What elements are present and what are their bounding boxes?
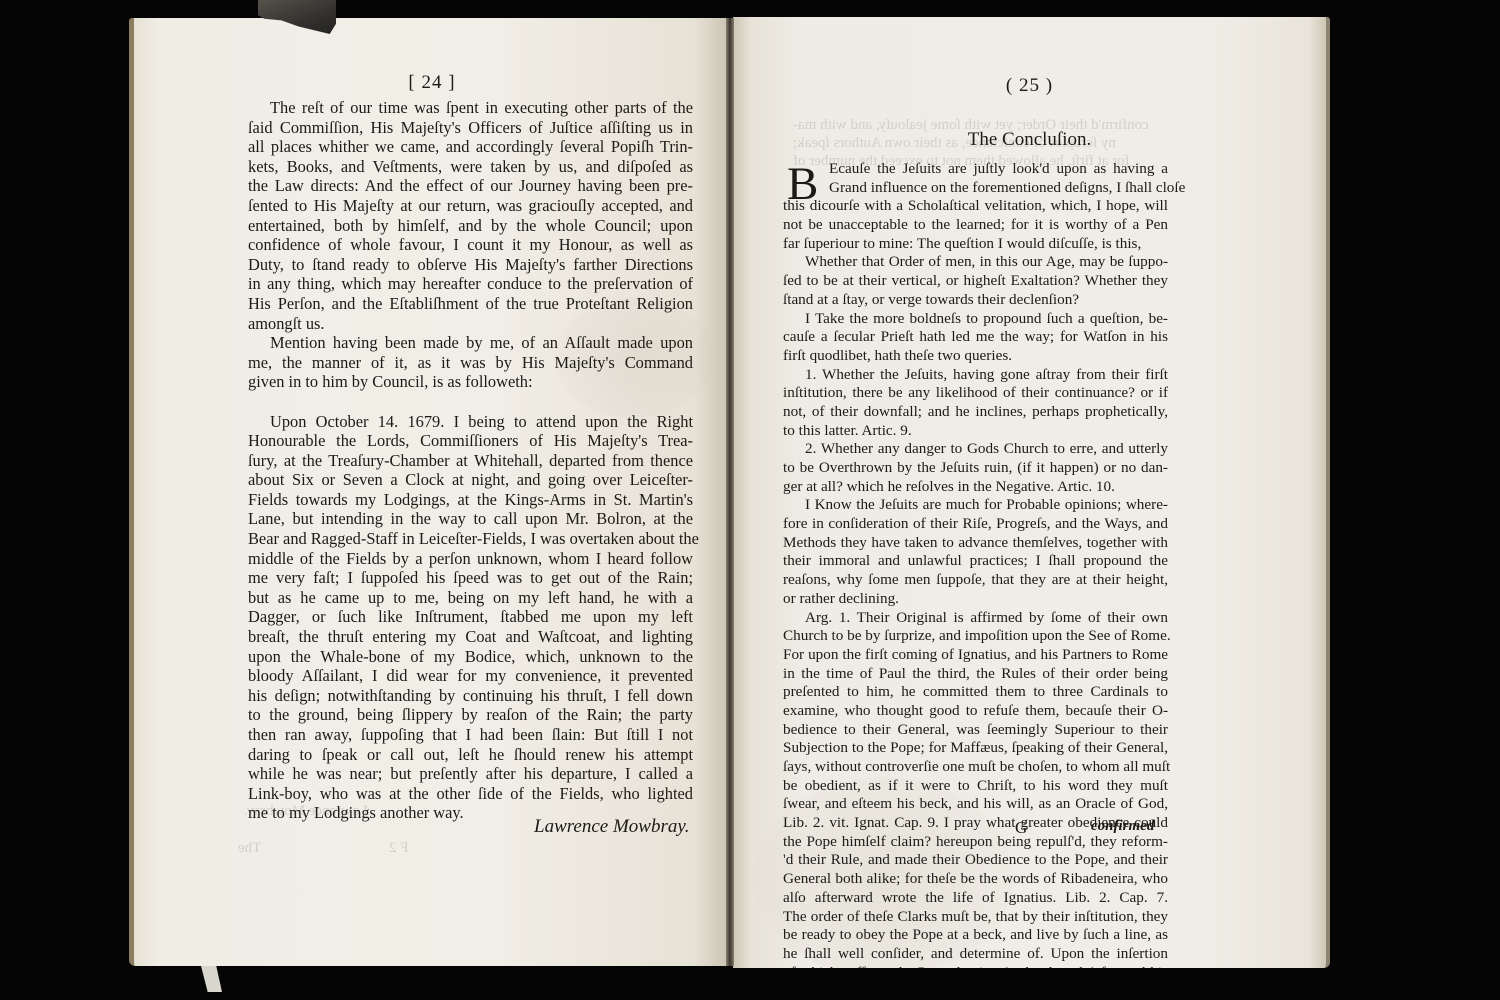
author-signature: Lawrence Mowbray. <box>534 816 690 838</box>
left-page-number: [ 24 ] <box>134 72 730 94</box>
book-gutter <box>726 18 734 966</box>
text-line: For upon the firſt coming of Ignatius, a… <box>783 646 1168 665</box>
text-line: Arg. 1. Their Original is affirmed by ſo… <box>783 609 1168 628</box>
text-line: ſays, without controverſie one muſt be c… <box>783 758 1168 777</box>
text-line: me, the manner of it, as it was by His M… <box>248 353 693 373</box>
text-line: breaſt, the thruſt entering my Coat and … <box>248 627 693 647</box>
text-line: the Law directs: And the effect of our J… <box>248 176 693 196</box>
text-line: The order of theſe Clarks muſt be, that … <box>783 908 1168 927</box>
text-line: in any thing, which may hereafter conduc… <box>248 274 693 294</box>
text-line: ſury, at the Treaſury-Chamber at Whiteha… <box>248 451 693 471</box>
text-line: to this latter. Artic. 9. <box>783 422 1168 441</box>
text-line: be ready to obey the Pope at a beck, and… <box>783 926 1168 945</box>
text-line: of which paſſage, the Pope, having (as h… <box>783 964 1168 968</box>
text-line: the Pope himſelf claim? hereupon being r… <box>783 833 1168 852</box>
text-line: ſed to be at their vertical, or higheſt … <box>783 272 1168 291</box>
text-line: Church to be by ſurprize, and impoſition… <box>783 627 1168 646</box>
text-line: Grand influence on the forementioned deſ… <box>783 179 1168 198</box>
right-page-body: Ecauſe the Jeſuits are juſtly look'd upo… <box>783 160 1168 968</box>
text-line: entertained, both by himſelf, and by the… <box>248 216 693 236</box>
text-line: not be unacceptable to the learned; for … <box>783 216 1168 235</box>
text-line: bloody Aſſailant, I did wear for my conv… <box>248 666 693 686</box>
text-line: Dagger, or ſuch like Inſtrument, ſtabbed… <box>248 607 693 627</box>
text-line: 2. Whether any danger to Gods Church to … <box>783 440 1168 459</box>
text-line: ger at all? which he reſolves in the Neg… <box>783 478 1168 497</box>
text-line: upon the Whale-bone of my Bodice, which,… <box>248 647 693 667</box>
text-line: he ſhall well conſider, and determine of… <box>783 945 1168 964</box>
text-line: or rather declining. <box>783 590 1168 609</box>
text-line: ſaid Commiſſion, His Majeſty's Officers … <box>248 118 693 138</box>
text-line: preſented to him, he committed them to t… <box>783 683 1168 702</box>
text-line: Methods they have taken to advance themſ… <box>783 534 1168 553</box>
signature-mark: G <box>1015 818 1027 838</box>
text-line: ſented to His Majeſty at our return, was… <box>248 196 693 216</box>
text-line: General both alike; for theſe be the wor… <box>783 870 1168 889</box>
text-line: while he was near; but preſently after h… <box>248 764 693 784</box>
text-line: Honourable the Lords, Commiſſioners of H… <box>248 431 693 451</box>
text-line: bedience to their General, was ſeemingly… <box>783 721 1168 740</box>
text-line: Duty, to ſtand ready to obſerve His Maje… <box>248 255 693 275</box>
text-line: Whether that Order of men, in this our A… <box>783 253 1168 272</box>
text-line: kets, Books, and Veſtments, were taken b… <box>248 157 693 177</box>
text-line: confidence of whole favour, I count it m… <box>248 235 693 255</box>
text-line: this dicourſe with a Scholaſtical velita… <box>783 197 1168 216</box>
text-line: cauſe a ſecular Prieſt hath led me the w… <box>783 328 1168 347</box>
bleed-through-text: F 2 <box>389 840 409 857</box>
text-line: 1. Whether the Jeſuits, having gone aſtr… <box>783 366 1168 385</box>
text-line: ſwear, and eſteem his beck, and his will… <box>783 795 1168 814</box>
text-line: reaſons, why ſome men ſuppoſe, that they… <box>783 571 1168 590</box>
left-page-body: The reſt of our time was ſpent in execut… <box>248 98 693 823</box>
text-line: their immoral and unlawful practices; I … <box>783 552 1168 571</box>
text-line: ſtand at a ſtay, or verge towards their … <box>783 291 1168 310</box>
text-line: then ran away, ſuppoſing that I had been… <box>248 725 693 745</box>
text-line: to the ground, being ſlippery by reaſon … <box>248 705 693 725</box>
text-line: be obedient, as if it were to Chriſt, to… <box>783 777 1168 796</box>
text-line: me very faſt; I ſuppoſed his ſpeed was t… <box>248 568 693 588</box>
text-line: inſtitution, there be any likelihood of … <box>783 384 1168 403</box>
bleed-through-text: The <box>238 840 261 857</box>
text-line: daring to ſpeak or call out, leſt he ſho… <box>248 745 693 765</box>
text-line: Upon October 14. 1679. I being to attend… <box>248 412 693 432</box>
text-line: His Perſon, and the Eſtabliſhment of the… <box>248 294 693 314</box>
text-line: his deſign; notwithſtanding by continuin… <box>248 686 693 706</box>
text-line: I Take the more boldneſs to propound ſuc… <box>783 310 1168 329</box>
text-line: given in to him by Council, is as follow… <box>248 372 693 392</box>
catchword: confirmed <box>1091 818 1154 835</box>
text-line: to be Overthrown by the Jeſuits ruin, (i… <box>783 459 1168 478</box>
text-line: far ſuperiour to mine: The queſtion I wo… <box>783 235 1168 254</box>
text-line: all places whither we came, and accordin… <box>248 137 693 157</box>
text-line: I Know the Jeſuits are much for Probable… <box>783 496 1168 515</box>
text-line: 'd their Rule, and made their Obedience … <box>783 851 1168 870</box>
text-line: about Six or Seven a Clock at night, and… <box>248 470 693 490</box>
text-line: Lane, but intending in the way to call u… <box>248 509 693 529</box>
text-line: fore in conſideration of their Riſe, Pro… <box>783 515 1168 534</box>
right-page: ( 25 ) confirm'd their Order; yet with ſ… <box>733 17 1330 968</box>
text-line: Fields towards my Lodgings, at the Kings… <box>248 490 693 510</box>
text-line: but as he came up to me, being on my lef… <box>248 588 693 608</box>
text-line: alſo afterward wrote the life of Ignatiu… <box>783 889 1168 908</box>
text-line: in the time of Paul the third, the Rules… <box>783 665 1168 684</box>
right-page-number: ( 25 ) <box>733 75 1326 97</box>
text-line: amongſt us. <box>248 314 693 334</box>
text-line: Subjection to the Pope; for Maffæus, ſpe… <box>783 739 1168 758</box>
text-line: Link-boy, who was at the other ſide of t… <box>248 784 693 804</box>
text-line: Bear and Ragged-Staff in Leiceſter-Field… <box>248 529 693 549</box>
left-page: [ 24 ] The reſt of our time was ſpent in… <box>129 18 730 966</box>
text-line: Ecauſe the Jeſuits are juſtly look'd upo… <box>783 160 1168 179</box>
text-line: firſt quodlibet, hath theſe two queries. <box>783 347 1168 366</box>
bookmark-ribbon <box>200 962 222 992</box>
text-line <box>248 392 693 412</box>
text-line: not, of their downfall; and he inclines,… <box>783 403 1168 422</box>
text-line: middle of the Fields by a perſon unknown… <box>248 549 693 569</box>
text-line: The reſt of our time was ſpent in execut… <box>248 98 693 118</box>
section-title: The Concluſion. <box>733 129 1326 151</box>
text-line: examine, who thought good to refuſe them… <box>783 702 1168 721</box>
bleed-through-text: Lawrence Mowbray. <box>244 803 368 820</box>
text-line: Mention having been made by me, of an Aſ… <box>248 333 693 353</box>
